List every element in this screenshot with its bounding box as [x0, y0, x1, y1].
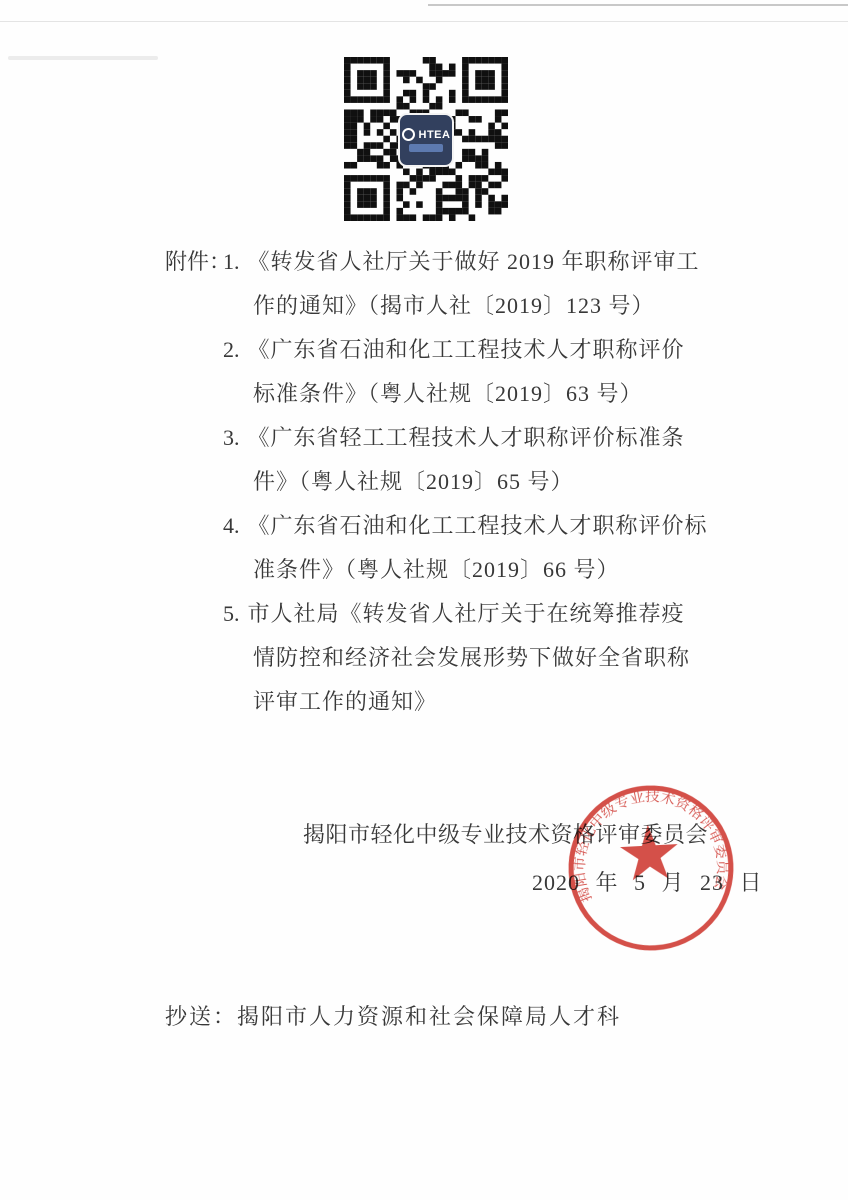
attachment-line: 标准条件》（粤人社规〔2019〕63 号） — [253, 379, 643, 409]
seal-star-icon — [619, 823, 679, 881]
attachment-number: 3. — [223, 423, 240, 453]
scan-artifact-line — [428, 4, 848, 6]
attachment-line: 3.《广东省轻工工程技术人才职称评价标准条 — [223, 423, 685, 453]
attachment-number: 5. — [223, 599, 240, 629]
scan-artifact-line — [0, 21, 848, 22]
attachment-line: 准条件》（粤人社规〔2019〕66 号） — [253, 555, 620, 585]
attachment-text: 《广东省石油和化工工程技术人才职称评价 — [248, 337, 685, 362]
attachment-number: 4. — [223, 511, 240, 541]
attachment-text: 《转发省人社厅关于做好 2019 年职称评审工 — [248, 249, 700, 274]
qr-logo-band — [409, 144, 443, 152]
attachment-number: 2. — [223, 335, 240, 365]
seal-ring — [567, 784, 735, 952]
attachment-line: 2.《广东省石油和化工工程技术人才职称评价 — [223, 335, 685, 365]
qr-logo-text: HTEA — [419, 129, 451, 141]
attachment-line: 件》（粤人社规〔2019〕65 号） — [253, 467, 574, 497]
attachment-text: 《广东省石油和化工工程技术人才职称评价标 — [248, 513, 708, 538]
cc-line: 抄送：揭阳市人力资源和社会保障局人才科 — [165, 1000, 621, 1031]
attachment-line: 作的通知》（揭市人社〔2019〕123 号） — [253, 291, 655, 321]
qr-logo-emblem-icon — [402, 128, 415, 141]
attachment-line: 情防控和经济社会发展形势下做好全省职称 — [253, 643, 690, 673]
attachment-text: 市人社局《转发省人社厅关于在统筹推荐疫 — [248, 601, 685, 626]
attachments-label: 附件： — [165, 247, 231, 277]
attachment-line: 1.《转发省人社厅关于做好 2019 年职称评审工 — [223, 247, 700, 277]
official-seal: 揭阳市轻化中级专业技术资格评审委员会 — [561, 778, 742, 959]
attachment-line: 4.《广东省石油和化工工程技术人才职称评价标 — [223, 511, 708, 541]
attachment-line: 5.市人社局《转发省人社厅关于在统筹推荐疫 — [223, 599, 685, 629]
qr-code: HTEA — [344, 57, 508, 221]
attachment-text: 《广东省轻工工程技术人才职称评价标准条 — [248, 425, 685, 450]
attachment-number: 1. — [223, 247, 240, 277]
scan-artifact-smudge — [8, 56, 158, 60]
attachment-line: 评审工作的通知》 — [253, 687, 437, 717]
document-page: HTEA 附件： 1.《转发省人社厅关于做好 2019 年职称评审工 作的通知》… — [0, 0, 848, 1200]
qr-center-logo: HTEA — [398, 113, 454, 167]
